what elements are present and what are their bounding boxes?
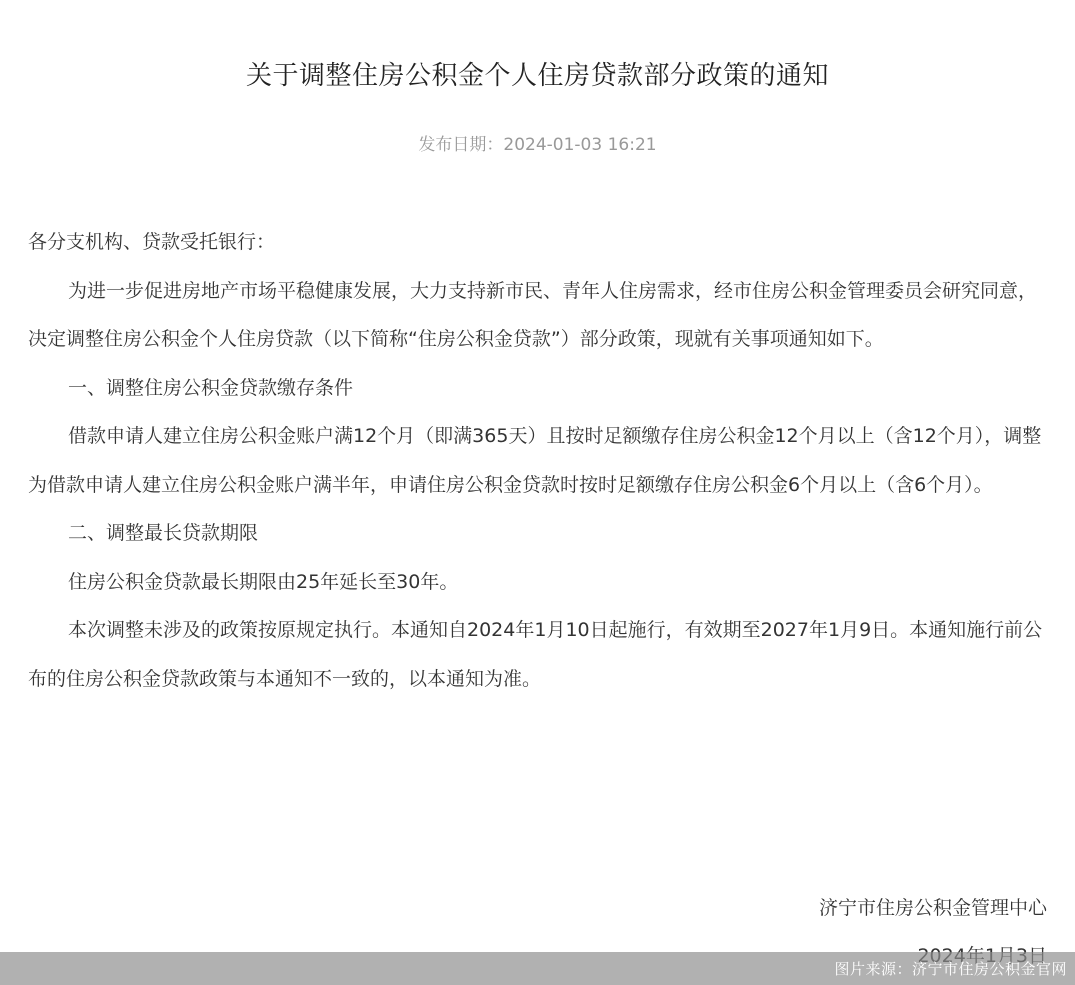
section-heading-2: 二、调整最长贷款期限 xyxy=(28,509,1048,558)
section-body-2: 住房公积金贷款最长期限由25年延长至30年。 xyxy=(28,558,1048,607)
signer: 济宁市住房公积金管理中心 xyxy=(819,890,1047,926)
image-caption: 图片来源：济宁市住房公积金官网 xyxy=(834,958,1067,980)
publish-date: 发布日期：2024-01-03 16:21 xyxy=(0,133,1075,157)
notice-title: 关于调整住房公积金个人住房贷款部分政策的通知 xyxy=(0,58,1075,94)
closing-paragraph: 本次调整未涉及的政策按原规定执行。本通知自2024年1月10日起施行，有效期至2… xyxy=(28,606,1048,703)
section-heading-1: 一、调整住房公积金贷款缴存条件 xyxy=(28,364,1048,413)
section-body-1: 借款申请人建立住房公积金账户满12个月（即满365天）且按时足额缴存住房公积金1… xyxy=(28,412,1048,509)
intro-paragraph: 为进一步促进房地产市场平稳健康发展，大力支持新市民、青年人住房需求，经市住房公积… xyxy=(28,267,1048,364)
salutation: 各分支机构、贷款受托银行： xyxy=(28,218,1048,267)
notice-body: 各分支机构、贷款受托银行： 为进一步促进房地产市场平稳健康发展，大力支持新市民、… xyxy=(28,218,1048,703)
image-caption-bar: 图片来源：济宁市住房公积金官网 xyxy=(0,952,1075,985)
